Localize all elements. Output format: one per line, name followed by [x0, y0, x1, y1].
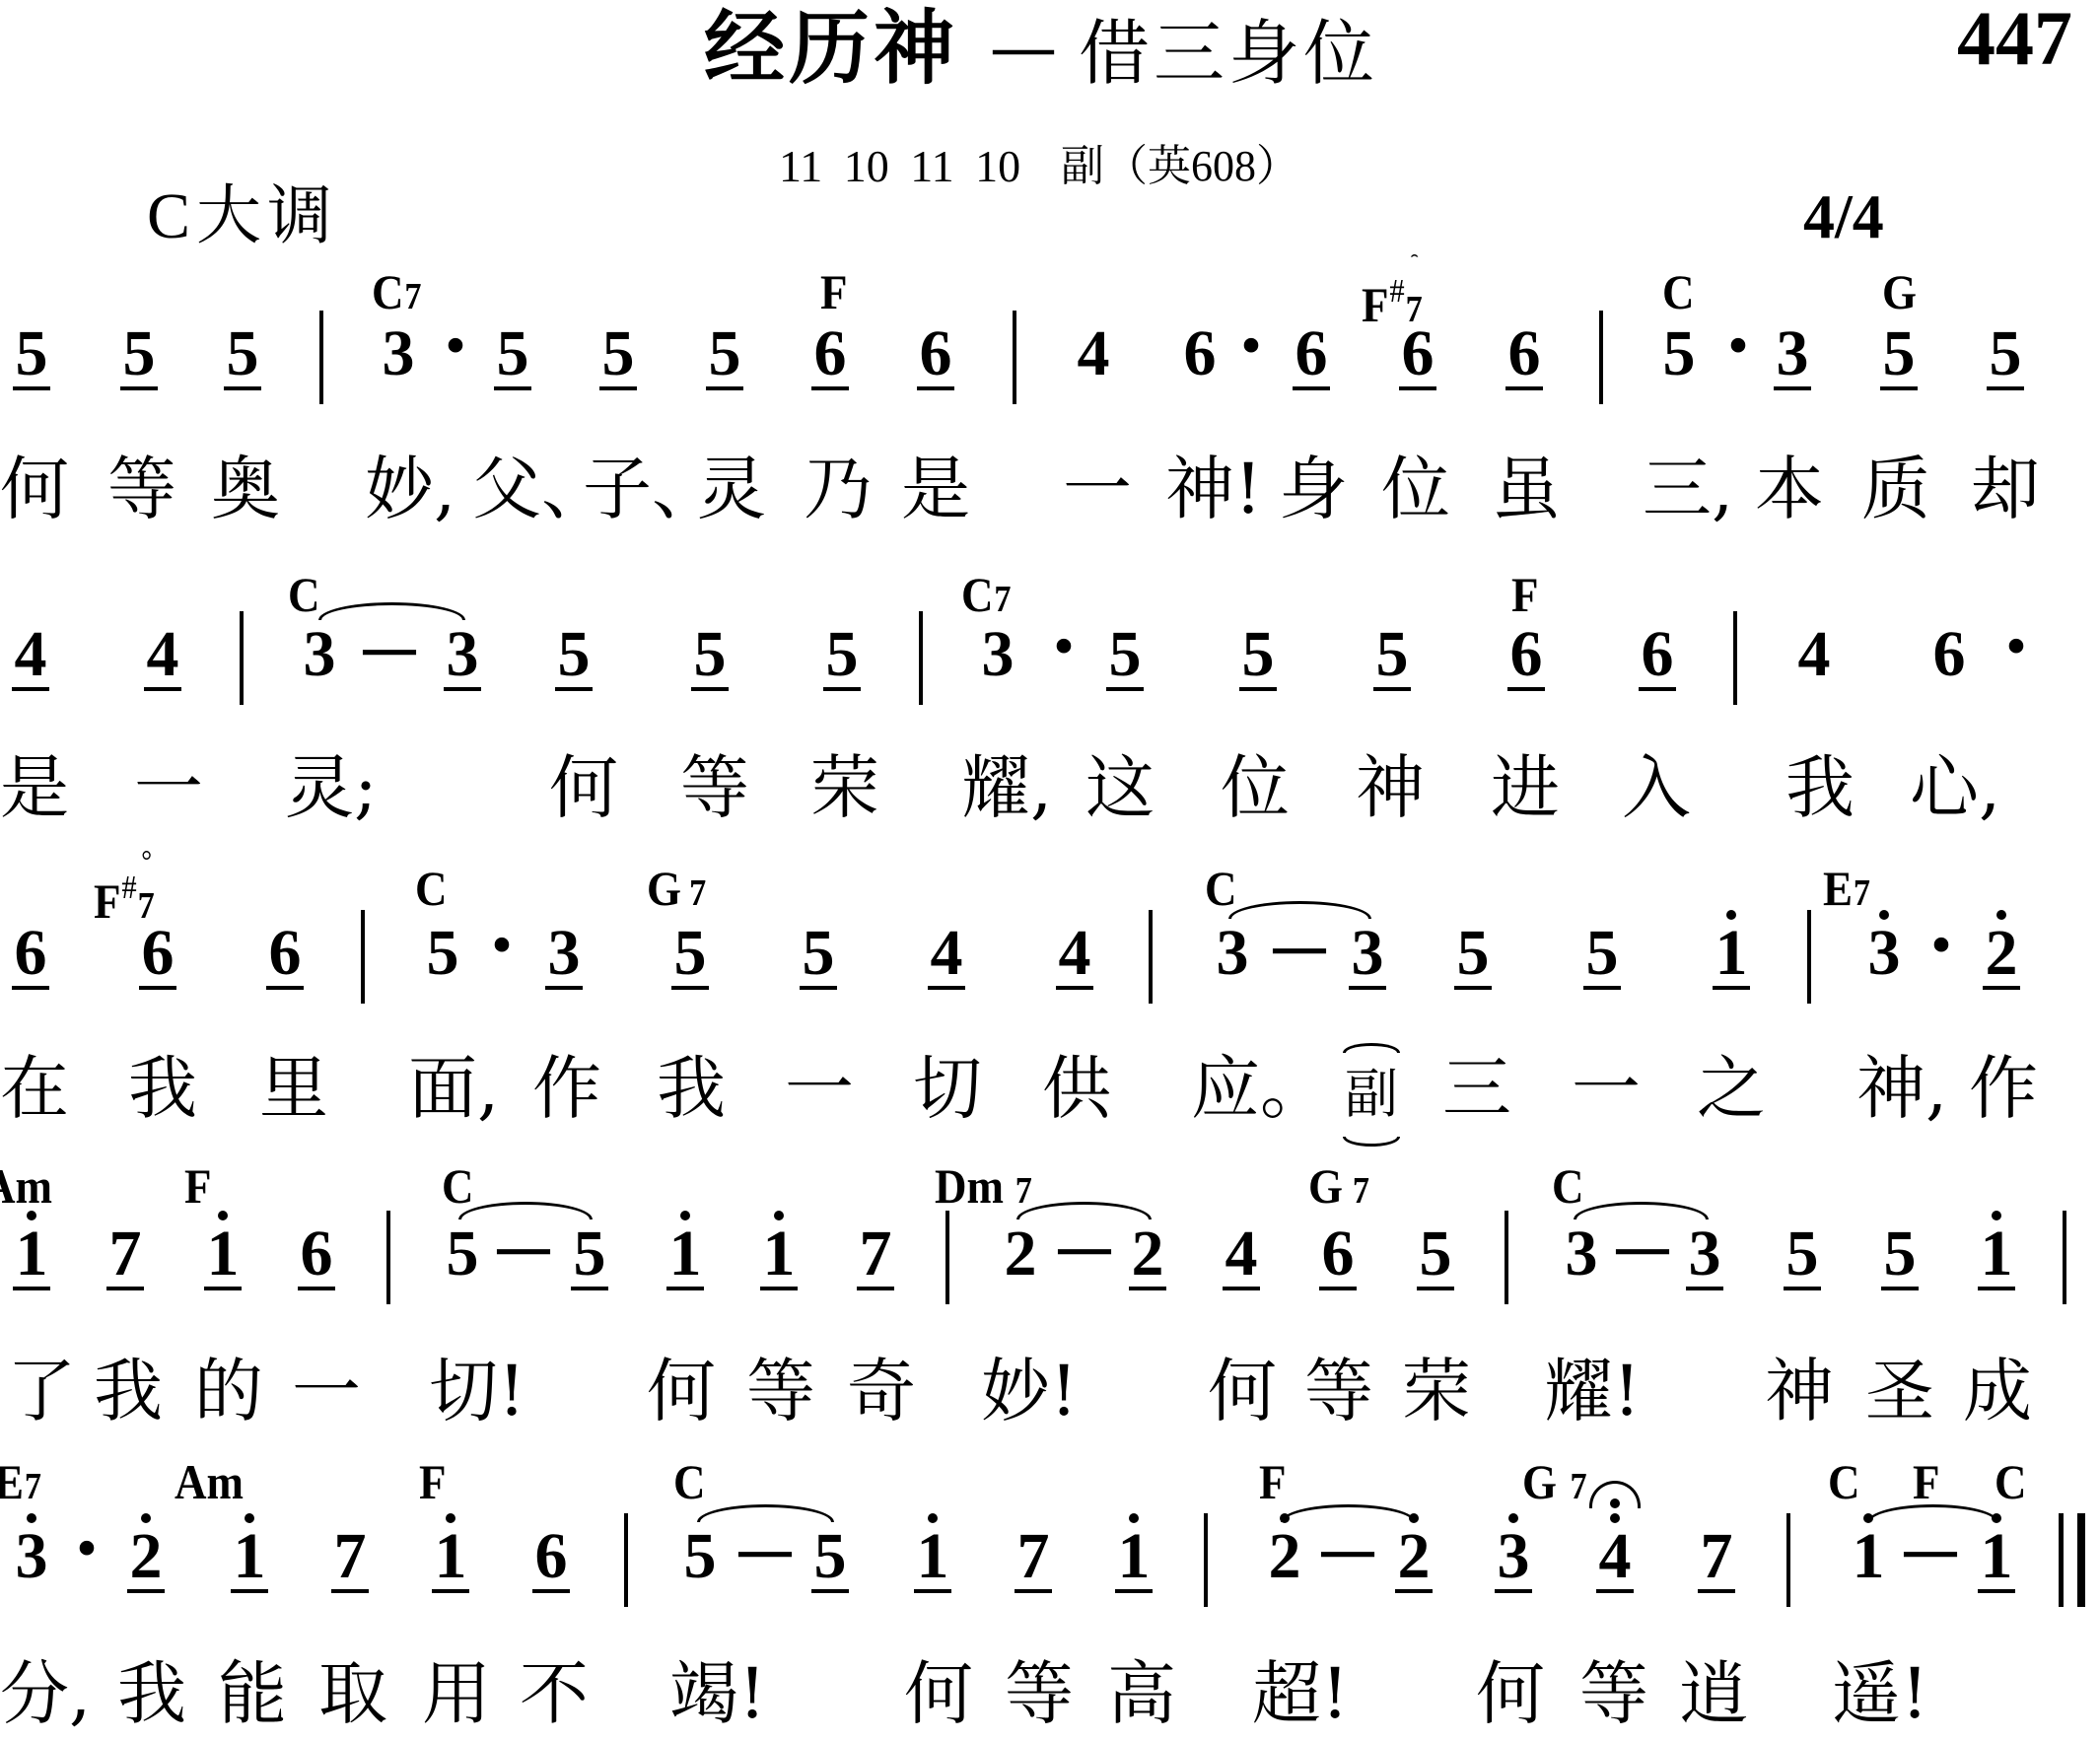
- lyric-char: 奥: [211, 454, 280, 523]
- dotted-rhythm-dot: ·: [1996, 602, 2036, 691]
- chord-seventh: 7: [1571, 1466, 1587, 1507]
- eighth-note-underline: [1507, 687, 1545, 691]
- lyric-char: 神: [1356, 753, 1425, 822]
- lyric-char: 分,: [0, 1659, 91, 1728]
- note-digit: 5: [789, 921, 848, 986]
- chord-root: F: [1259, 1454, 1286, 1509]
- chord-root: C: [961, 567, 993, 622]
- note-digit: 5: [413, 921, 472, 986]
- chord-seventh: 7: [404, 276, 421, 317]
- note-digit: 5: [1976, 321, 2035, 386]
- note-digit: 6: [287, 1221, 346, 1287]
- octave-up-dot: [218, 1211, 228, 1220]
- eighth-note-underline: [120, 386, 158, 390]
- eighth-note-underline: [1686, 1287, 1723, 1290]
- note-digit: 3: [290, 622, 349, 687]
- eighth-note-underline: [12, 986, 49, 990]
- barline: [1807, 910, 1811, 1004]
- eighth-note-underline: [914, 1589, 951, 1593]
- chord-symbol: F: [1511, 570, 1538, 619]
- chord-symbol: F: [419, 1457, 446, 1506]
- barline: [1149, 910, 1153, 1004]
- chord-root: C: [1828, 1454, 1859, 1509]
- dotted-rhythm-dot: ·: [1231, 302, 1271, 390]
- barline: [1013, 311, 1016, 404]
- lyric-char: 取: [318, 1659, 387, 1728]
- lyric-char: 能: [218, 1659, 287, 1728]
- lyric-char: 何: [0, 454, 69, 523]
- lyric-char: 三: [1442, 1054, 1511, 1123]
- chord-symbol: G7: [1308, 1161, 1369, 1216]
- octave-up-dot: [245, 1513, 254, 1523]
- lyric-char: 一: [292, 1357, 361, 1426]
- lyric-char: 本: [1755, 454, 1824, 523]
- note-digit: 5: [1773, 1221, 1832, 1287]
- note-digit: 3: [1855, 921, 1914, 986]
- chord-symbol: C: [673, 1457, 705, 1506]
- eighth-note-underline: [432, 1589, 469, 1593]
- note-digit: 3: [1203, 921, 1262, 986]
- note-digit: 5: [544, 622, 603, 687]
- dotted-rhythm-dot: ·: [436, 302, 475, 390]
- lyric-char: 一: [134, 753, 203, 822]
- lyric-char: 妙,: [365, 454, 455, 523]
- diminished-icon: °: [141, 847, 152, 876]
- lyric-char: 等: [1005, 1659, 1074, 1728]
- lyric-char: 等: [1304, 1357, 1373, 1426]
- note-digit: 5: [433, 1221, 492, 1287]
- chord-root: F: [820, 264, 847, 319]
- eighth-note-underline: [1698, 1589, 1735, 1593]
- chord-extension: 7: [1854, 864, 1870, 918]
- chord-symbol: C: [288, 570, 319, 619]
- lyric-char: 荣: [810, 753, 879, 822]
- lyric-char: 竭!: [669, 1659, 766, 1728]
- note-digit: 3: [2, 1524, 61, 1589]
- meter: 11 10 11 10: [779, 144, 1020, 189]
- chord-root: G: [1308, 1158, 1343, 1214]
- note-digit: 5: [1649, 321, 1709, 386]
- note-digit: 5: [695, 321, 754, 386]
- tie-arc: [1016, 1202, 1152, 1219]
- meter-note: 副（英608）: [1061, 144, 1299, 189]
- lyric-char: 是: [0, 753, 69, 822]
- eighth-note-underline: [760, 1287, 798, 1290]
- octave-up-dot: [1726, 910, 1736, 920]
- lyric-char: 一: [785, 1054, 854, 1123]
- lyric-char: 我: [128, 1054, 197, 1123]
- sustain-dash: —: [364, 623, 415, 674]
- note-digit: 5: [109, 321, 169, 386]
- eighth-note-underline: [928, 986, 965, 990]
- chord-root: C: [1662, 264, 1694, 319]
- eighth-note-underline: [1293, 386, 1330, 390]
- eighth-note-underline: [1417, 1287, 1454, 1290]
- lyric-char: 奇: [847, 1357, 916, 1426]
- octave-up-dot: [446, 1513, 455, 1523]
- note-digit: 6: [1308, 1221, 1367, 1287]
- refrain-bracket-bottom: [1343, 1137, 1400, 1147]
- final-barline-thin: [2059, 1513, 2064, 1607]
- octave-up-dot: [1508, 1513, 1518, 1523]
- barline: [1786, 1513, 1790, 1607]
- lyric-char: 神,: [1856, 1054, 1947, 1123]
- eighth-note-underline: [532, 1589, 570, 1593]
- lyric-char: 切: [913, 1054, 982, 1123]
- final-barline-thick: [2077, 1513, 2085, 1607]
- eighth-note-underline: [139, 986, 176, 990]
- tie-arc: [1228, 901, 1371, 919]
- refrain-bracket-top: [1343, 1043, 1400, 1053]
- note-digit: 7: [1687, 1524, 1746, 1589]
- tie-arc: [1867, 1504, 1998, 1522]
- note-digit: 6: [1282, 321, 1341, 386]
- eighth-note-underline: [1239, 687, 1277, 691]
- note-digit: 6: [1920, 622, 1979, 687]
- eighth-note-underline: [917, 386, 954, 390]
- chord-symbol: C7: [961, 570, 1011, 624]
- barline: [386, 1211, 390, 1304]
- note-digit: 6: [906, 321, 965, 386]
- note-digit: 6: [1628, 622, 1687, 687]
- eighth-note-underline: [555, 687, 593, 691]
- chord-symbol: E7: [1823, 864, 1870, 918]
- barline: [919, 611, 923, 705]
- octave-up-dot: [774, 1211, 784, 1220]
- lyric-char: 何: [1208, 1357, 1277, 1426]
- note-digit: 7: [320, 1524, 380, 1589]
- note-digit: 5: [670, 1524, 730, 1589]
- chord-root: G: [647, 861, 681, 916]
- note-digit: 1: [656, 1221, 715, 1287]
- lyric-char: 位: [1221, 753, 1290, 822]
- note-digit: 3: [1763, 321, 1822, 386]
- note-digit: 7: [1004, 1524, 1063, 1589]
- barline: [1599, 311, 1603, 404]
- lyric-char: 等: [1579, 1659, 1648, 1728]
- note-digit: 6: [1, 921, 60, 986]
- note-digit: 3: [1484, 1524, 1543, 1589]
- lyric-char: 进: [1491, 753, 1560, 822]
- eighth-note-underline: [1784, 1287, 1821, 1290]
- chord-seventh: 7: [25, 1466, 41, 1507]
- eighth-note-underline: [599, 386, 637, 390]
- note-digit: 4: [1785, 622, 1844, 687]
- eighth-note-underline: [1373, 687, 1411, 691]
- note-digit: 5: [1573, 921, 1632, 986]
- lyric-char: 超!: [1252, 1659, 1349, 1728]
- chord-root: F: [184, 1158, 211, 1214]
- chord-symbol: G: [1882, 267, 1917, 316]
- note-digit: 3: [433, 622, 492, 687]
- eighth-note-underline: [1106, 687, 1144, 691]
- lyric-char: 供: [1042, 1054, 1111, 1123]
- note-digit: 5: [801, 1524, 860, 1589]
- barline: [240, 611, 244, 705]
- note-digit: 3: [968, 622, 1027, 687]
- lyric-char: 心,: [1910, 753, 2000, 822]
- eighth-note-underline: [331, 1589, 369, 1593]
- eighth-note-underline: [1223, 1287, 1260, 1290]
- eighth-note-underline: [1983, 986, 2020, 990]
- chord-root: C: [372, 264, 403, 319]
- lyric-char: 我: [1785, 753, 1855, 822]
- note-digit: 4: [1212, 1221, 1271, 1287]
- dotted-rhythm-dot: ·: [482, 901, 522, 990]
- chord-root: E: [0, 1454, 24, 1509]
- eighth-note-underline: [106, 1287, 144, 1290]
- chord-root: E: [1823, 861, 1853, 916]
- eighth-note-underline: [691, 687, 729, 691]
- tie-arc: [1574, 1202, 1709, 1219]
- hymn-title: 经历神: [704, 8, 958, 89]
- eighth-note-underline: [12, 687, 49, 691]
- chord-root: F: [1362, 277, 1388, 332]
- chord-extension: 7: [404, 267, 421, 321]
- eighth-note-underline: [1713, 986, 1750, 990]
- lyric-char: 我: [94, 1357, 163, 1426]
- dotted-rhythm-dot: ·: [1922, 901, 1961, 990]
- lyric-char: 成: [1963, 1357, 2032, 1426]
- lyric-char: 何: [549, 753, 618, 822]
- eighth-note-underline: [144, 687, 181, 691]
- eighth-note-underline: [811, 1589, 849, 1593]
- note-digit: 1: [1702, 921, 1761, 986]
- note-digit: 1: [421, 1524, 480, 1589]
- note-digit: 4: [1585, 1524, 1645, 1589]
- sustain-dash: —: [1059, 1222, 1110, 1274]
- eighth-note-underline: [1774, 386, 1811, 390]
- chord-root: Am: [0, 1158, 52, 1214]
- chord-root: C: [415, 861, 447, 916]
- eighth-note-underline: [1596, 1589, 1634, 1593]
- chord-symbol: C: [1552, 1161, 1583, 1211]
- octave-up-dot: [1879, 910, 1889, 920]
- chord-extension: 7: [1353, 1161, 1369, 1216]
- note-digit: 1: [220, 1524, 279, 1589]
- eighth-note-underline: [571, 1287, 608, 1290]
- note-digit: 5: [589, 321, 648, 386]
- sharp-icon: #: [1389, 267, 1404, 316]
- chord-symbol: F: [184, 1161, 211, 1211]
- sustain-dash: —: [1322, 1525, 1373, 1576]
- eighth-note-underline: [298, 1287, 335, 1290]
- lyric-char: 却: [1971, 454, 2040, 523]
- eighth-note-underline: [857, 1287, 894, 1290]
- lyric-char: 何: [1476, 1659, 1545, 1728]
- note-digit: 2: [116, 1524, 175, 1589]
- note-digit: 1: [1967, 1221, 2026, 1287]
- chord-extension: 7: [689, 864, 706, 918]
- chord-root: C: [442, 1158, 473, 1214]
- note-digit: 5: [812, 622, 872, 687]
- diminished-icon: °: [1409, 250, 1420, 280]
- lyric-char: 的: [194, 1357, 263, 1426]
- note-digit: 2: [1255, 1524, 1314, 1589]
- note-digit: 4: [133, 622, 192, 687]
- note-digit: 1: [1104, 1524, 1163, 1589]
- eighth-note-underline: [1583, 986, 1621, 990]
- eighth-note-underline: [666, 1287, 704, 1290]
- chord-symbol: C: [1828, 1457, 1859, 1506]
- note-digit: 5: [1095, 622, 1155, 687]
- sustain-dash: —: [1617, 1222, 1668, 1274]
- note-digit: 6: [1388, 321, 1447, 386]
- note-digit: 5: [213, 321, 272, 386]
- tie-arc: [458, 1202, 593, 1219]
- barline: [1733, 611, 1737, 705]
- lyric-char: 耀,: [961, 753, 1052, 822]
- note-digit: 6: [1170, 321, 1229, 386]
- note-digit: 2: [1384, 1524, 1443, 1589]
- lyric-char: 高: [1107, 1659, 1176, 1728]
- lyric-char: 切!: [429, 1357, 525, 1426]
- lyric-char: 应。: [1191, 1054, 1329, 1123]
- chord-symbol: C: [415, 864, 447, 913]
- note-digit: 4: [1064, 321, 1123, 386]
- lyric-char: 何: [647, 1357, 716, 1426]
- note-digit: 7: [846, 1221, 905, 1287]
- sustain-dash: —: [1274, 922, 1325, 973]
- barline: [361, 910, 365, 1004]
- sustain-dash: —: [1905, 1525, 1956, 1576]
- eighth-note-underline: [545, 986, 583, 990]
- octave-up-dot: [1996, 910, 2006, 920]
- eighth-note-underline: [1349, 986, 1386, 990]
- eighth-note-underline: [1978, 1589, 2015, 1593]
- note-digit: 3: [1675, 1221, 1734, 1287]
- lyric-char: 我: [657, 1054, 726, 1123]
- chord-symbol: C: [1662, 267, 1694, 316]
- lyric-char: 神!: [1165, 454, 1262, 523]
- chord-seventh: 7: [1353, 1170, 1369, 1212]
- note-digit: 6: [801, 321, 860, 386]
- barline: [945, 1211, 949, 1304]
- barline: [1204, 1513, 1208, 1607]
- chord-root: G: [1522, 1454, 1557, 1509]
- eighth-note-underline: [1115, 1589, 1153, 1593]
- title-separator: —: [994, 17, 1053, 76]
- lyric-char: 妙!: [981, 1357, 1078, 1426]
- note-digit: 5: [1363, 622, 1422, 687]
- note-digit: 3: [534, 921, 594, 986]
- note-digit: 1: [749, 1221, 808, 1287]
- note-digit: 5: [483, 321, 542, 386]
- dotted-rhythm-dot: ·: [67, 1504, 106, 1593]
- eighth-note-underline: [1639, 687, 1676, 691]
- lyric-char: 乃: [804, 454, 873, 523]
- note-digit: 5: [1228, 622, 1288, 687]
- note-digit: 3: [1338, 921, 1397, 986]
- note-digit: 2: [1972, 921, 2031, 986]
- tie-arc: [697, 1504, 834, 1522]
- note-digit: 3: [369, 321, 428, 386]
- eighth-note-underline: [13, 1287, 50, 1290]
- eighth-note-underline: [224, 386, 261, 390]
- lyric-char: 等: [680, 753, 749, 822]
- lyric-char: 在: [0, 1054, 69, 1123]
- eighth-note-underline: [1881, 1287, 1919, 1290]
- lyric-char: 之: [1697, 1054, 1766, 1123]
- chord-seventh: 7: [1854, 872, 1870, 914]
- lyric-char: 荣: [1402, 1357, 1471, 1426]
- chord-symbol: F: [820, 267, 847, 316]
- lyric-char: 作: [532, 1054, 601, 1123]
- note-digit: 5: [560, 1221, 619, 1287]
- fermata-icon: [1589, 1481, 1641, 1508]
- octave-up-dot: [27, 1211, 36, 1220]
- chord-root: C: [288, 567, 319, 622]
- chord-symbol: C: [442, 1161, 473, 1211]
- chord-symbol: Am: [0, 1161, 52, 1211]
- tie-arc: [1281, 1504, 1416, 1522]
- chord-symbol: Dm7: [935, 1161, 1032, 1216]
- eighth-note-underline: [671, 986, 709, 990]
- dotted-rhythm-dot: ·: [1044, 602, 1084, 691]
- eighth-note-underline: [1495, 1589, 1532, 1593]
- octave-up-dot: [1610, 1513, 1620, 1523]
- chord-symbol: E7: [0, 1457, 41, 1511]
- eighth-note-underline: [1319, 1287, 1357, 1290]
- note-digit: 1: [2, 1221, 61, 1287]
- lyric-char: 这: [1085, 753, 1155, 822]
- chord-root: Am: [175, 1454, 244, 1509]
- note-digit: 2: [991, 1221, 1050, 1287]
- note-digit: 5: [680, 622, 739, 687]
- hymn-subtitle: 借三身位: [1079, 18, 1378, 89]
- lyric-char: 位: [1381, 454, 1450, 523]
- lyric-char: 是: [901, 454, 970, 523]
- eighth-note-underline: [1505, 386, 1543, 390]
- eighth-note-underline: [1056, 986, 1093, 990]
- chord-symbol: G7: [647, 864, 706, 918]
- chord-symbol: Am: [175, 1457, 244, 1506]
- chord-extension: 7: [994, 570, 1011, 624]
- sustain-dash: —: [498, 1222, 549, 1274]
- lyric-char: 遥!: [1832, 1659, 1928, 1728]
- chord-symbol: F: [1913, 1457, 1939, 1506]
- chord-symbol: C: [1995, 1457, 2026, 1506]
- octave-up-dot: [27, 1513, 36, 1523]
- note-digit: 6: [1495, 321, 1554, 386]
- eighth-note-underline: [266, 986, 304, 990]
- barline: [2063, 1211, 2066, 1304]
- eighth-note-underline: [13, 386, 50, 390]
- eighth-note-underline: [1399, 386, 1436, 390]
- lyric-char: 用: [422, 1659, 491, 1728]
- octave-up-dot: [141, 1513, 151, 1523]
- note-digit: 7: [96, 1221, 155, 1287]
- chord-symbol: F: [1259, 1457, 1286, 1506]
- eighth-note-underline: [1015, 1589, 1052, 1593]
- barline: [624, 1513, 628, 1607]
- lyric-char: 虽: [1492, 454, 1561, 523]
- octave-up-dot: [1992, 1211, 2001, 1220]
- note-digit: 4: [1, 622, 60, 687]
- hymn-number: 447: [1957, 0, 2072, 77]
- eighth-note-underline: [444, 687, 481, 691]
- chord-root: Dm: [935, 1158, 1004, 1214]
- chord-symbol: C7: [372, 267, 421, 321]
- note-digit: 5: [1870, 1221, 1929, 1287]
- lyric-char: 等: [107, 454, 176, 523]
- eighth-note-underline: [1454, 986, 1492, 990]
- note-digit: 5: [1406, 1221, 1465, 1287]
- eighth-note-underline: [494, 386, 531, 390]
- chord-root: F: [1913, 1454, 1939, 1509]
- sustain-dash: —: [739, 1525, 791, 1576]
- note-digit: 2: [1118, 1221, 1177, 1287]
